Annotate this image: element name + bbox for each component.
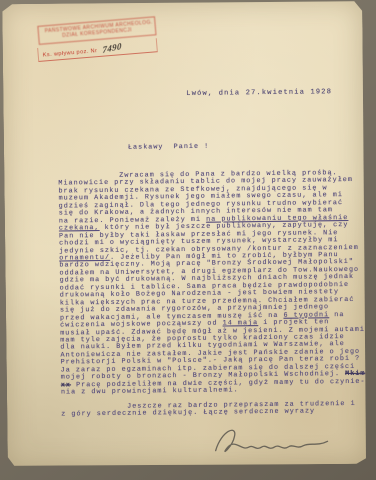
archive-stamp: PAŃSTWOWE ARCHIWUM ARCHEOLOG. Dział kore… [37,16,158,62]
letter-paper: PAŃSTWOWE ARCHIWUM ARCHEOLOG. Dział kore… [2,0,368,468]
dateline: Lwów, dnia 27.kwietnia 1928 [186,88,332,98]
letter-line: z góry serdecznie dziękuję. Łączę serdec… [61,408,373,419]
salutation: Łaskawy Panie ! [128,143,209,152]
letter-body: Zwracam się do Pana z bardzo wielką proś… [58,170,373,397]
letter-closing: Jeszcze raz bardzo przepraszam za trudze… [61,400,373,419]
stamp-entry-label: Ks. wpływu poz. Nr [43,48,98,58]
letter-body-column: Zwracam się do Pana z bardzo wielką proś… [58,170,373,419]
signature-scribble [205,422,339,460]
stamp-entry-number-handwritten: 7490 [102,41,121,55]
